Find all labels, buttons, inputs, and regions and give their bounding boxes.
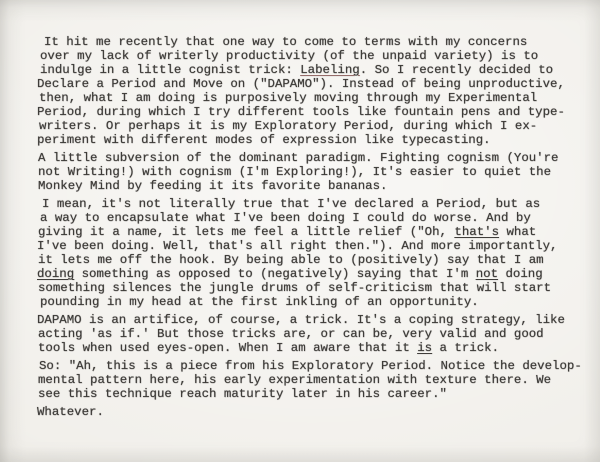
text-line: over my lack of writerly productivity (o… [40,49,586,63]
text-segment: Monkey Mind by feeding it its favorite b… [38,179,387,193]
underlined-word: doing [37,267,74,281]
text-line: tools when used eyes-open. When I am awa… [38,341,586,355]
paragraph: A little subversion of the dominant para… [37,151,586,193]
text-segment: Declare a Period and Move on ("DAPAMO").… [37,77,565,91]
paragraph: DAPAMO is an artifice, of course, a tric… [37,313,586,355]
text-line: Whatever. [37,405,586,419]
text-line: So: "Ah, this is a piece from his Explor… [39,359,586,373]
text-line: I've been doing. Well, that's all right … [37,239,586,253]
text-segment: tools when used eyes-open. When I am awa… [38,341,417,355]
text-segment: I've been doing. Well, that's all right … [37,239,558,253]
text-segment: writers. Or perhaps it is my Exploratory… [39,119,537,133]
underlined-word: that's [454,225,499,239]
text-line: pounding in my head at the first inkling… [40,295,586,309]
text-segment: A little subversion of the dominant para… [38,151,559,165]
text-line: I mean, it's not literally true that I'v… [42,197,586,211]
text-line: periment with different modes of express… [37,133,586,147]
text-segment: indulge in a little cognist trick: [40,63,300,77]
underlined-word: not [476,267,498,281]
text-line: it lets me off the hook. By being able t… [38,253,586,267]
text-segment: a way to encapsulate what I've been doin… [40,211,531,225]
text-segment: Whatever. [37,405,104,419]
text-line: Monkey Mind by feeding it its favorite b… [38,179,586,193]
text-segment: it lets me off the hook. By being able t… [38,253,544,267]
text-segment: what [499,225,536,239]
text-segment: . So I recently decided to [360,63,553,77]
text-line: mental pattern here, his early experimen… [38,373,586,387]
text-segment: DAPAMO is an artifice, of course, a tric… [37,313,565,327]
underlined-word: is [417,341,432,355]
text-line: DAPAMO is an artifice, of course, a tric… [37,313,586,327]
paragraph: I mean, it's not literally true that I'v… [37,197,586,309]
text-segment: something silences the jungle drums of s… [38,281,551,295]
text-line: A little subversion of the dominant para… [38,151,586,165]
text-line: then, what I am doing is purposively mov… [39,91,586,105]
paragraph: So: "Ah, this is a piece from his Explor… [37,359,586,401]
text-line: Period, during which I try different too… [37,105,586,119]
text-line: Declare a Period and Move on ("DAPAMO").… [37,77,586,91]
text-line: It hit me recently that one way to come … [44,35,586,49]
text-segment: Period, during which I try different too… [37,105,565,119]
text-segment: periment with different modes of express… [37,133,491,147]
text-segment: I mean, it's not literally true that I'v… [42,197,540,211]
text-segment: not Writing!) with cognism (I'm Explorin… [38,165,551,179]
underlined-word: Labeling [300,63,360,77]
paragraph: It hit me recently that one way to come … [37,35,586,147]
text-line: indulge in a little cognist trick: Label… [40,63,586,77]
text-segment: mental pattern here, his early experimen… [38,373,551,387]
text-line: see this technique reach maturity later … [38,387,586,401]
text-line: doing something as opposed to (negativel… [37,267,586,281]
paragraph: Whatever. [37,405,586,419]
text-segment: acting 'as if.' But those tricks are, or… [38,327,544,341]
text-line: writers. Or perhaps it is my Exploratory… [39,119,586,133]
text-line: not Writing!) with cognism (I'm Explorin… [38,165,586,179]
typewritten-text: It hit me recently that one way to come … [37,35,586,423]
text-segment: pounding in my head at the first inkling… [40,295,479,309]
text-segment: a trick. [432,341,499,355]
text-segment: over my lack of writerly productivity (o… [40,49,538,63]
text-segment: see this technique reach maturity later … [38,387,447,401]
text-segment: giving it a name, it lets me feel a litt… [38,225,454,239]
text-segment: then, what I am doing is purposively mov… [39,91,537,105]
paper-page: It hit me recently that one way to come … [0,0,600,462]
text-segment: something as opposed to (negatively) say… [74,267,476,281]
text-segment: doing [498,267,543,281]
text-line: something silences the jungle drums of s… [38,281,586,295]
text-line: a way to encapsulate what I've been doin… [40,211,586,225]
text-line: acting 'as if.' But those tricks are, or… [38,327,586,341]
text-segment: It hit me recently that one way to come … [44,35,527,49]
text-segment: So: "Ah, this is a piece from his Explor… [39,359,582,373]
text-line: giving it a name, it lets me feel a litt… [38,225,586,239]
